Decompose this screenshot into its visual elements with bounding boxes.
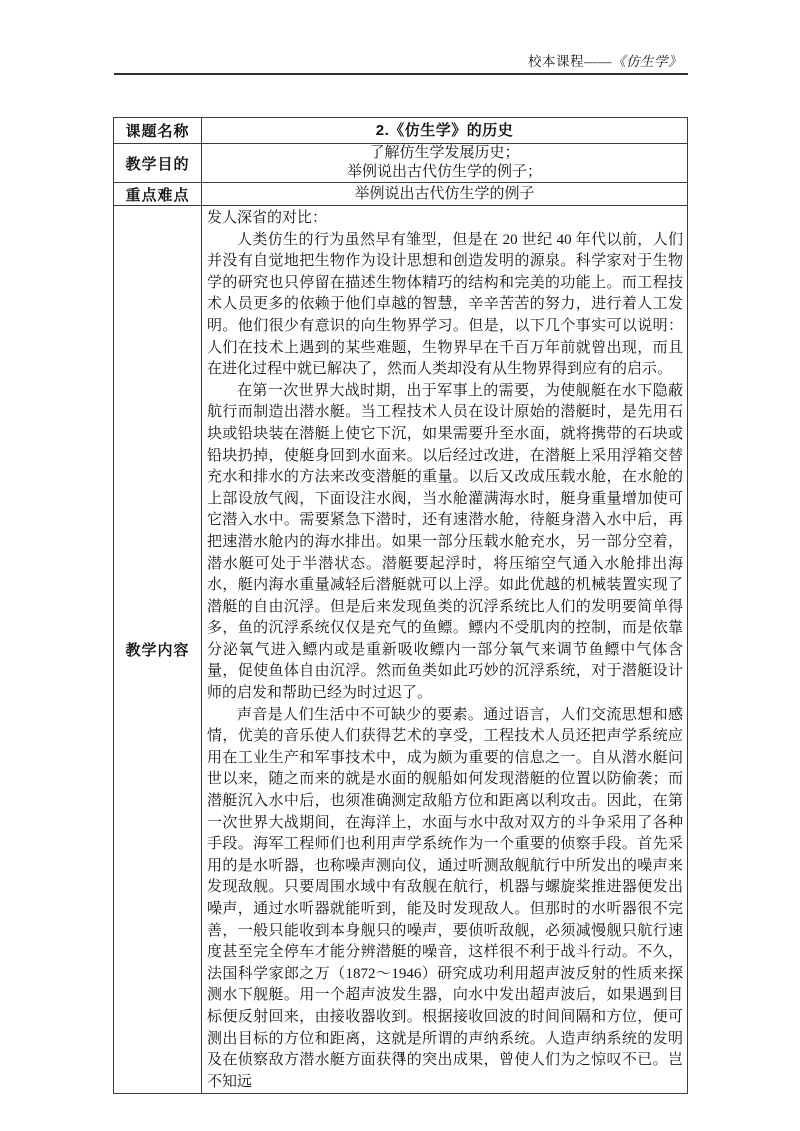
document-page: 校本课程——《仿生学》 课题名称 2.《仿生学》的历史 教学目的 了解仿生学发展…	[0, 0, 800, 1131]
objective-line: 了解仿生学发展历史；	[202, 144, 687, 163]
header-book-title: 《仿生学》	[612, 54, 682, 69]
content-paragraph: 人类仿生的行为虽然早有雏型，但是在 20 世纪 40 年代以前，人们并没有自觉地…	[207, 230, 683, 381]
topic-title: 2.《仿生学》的历史	[202, 118, 688, 144]
content-body: 发人深省的对比： 人类仿生的行为虽然早有雏型，但是在 20 世纪 40 年代以前…	[202, 206, 688, 1094]
lesson-plan-table: 课题名称 2.《仿生学》的历史 教学目的 了解仿生学发展历史； 举例说出古代仿生…	[113, 117, 688, 1094]
difficulties-label: 重点难点	[114, 183, 202, 206]
table-row-difficulties: 重点难点 举例说出古代仿生学的例子	[114, 183, 688, 206]
table-row-topic: 课题名称 2.《仿生学》的历史	[114, 118, 688, 144]
content-paragraph: 发人深省的对比：	[207, 208, 683, 230]
objective-line: 举例说出古代仿生学的例子；	[202, 163, 687, 182]
objectives-content: 了解仿生学发展历史； 举例说出古代仿生学的例子；	[202, 144, 688, 183]
objectives-label: 教学目的	[114, 144, 202, 183]
difficulties-content: 举例说出古代仿生学的例子	[202, 183, 688, 206]
header-course-name: 校本课程——	[528, 54, 612, 69]
page-number: 3	[0, 1050, 800, 1066]
table-row-content: 教学内容 发人深省的对比： 人类仿生的行为虽然早有雏型，但是在 20 世纪 40…	[114, 206, 688, 1094]
topic-label: 课题名称	[114, 118, 202, 144]
table-row-objectives: 教学目的 了解仿生学发展历史； 举例说出古代仿生学的例子；	[114, 144, 688, 183]
content-paragraph: 在第一次世界大战时期，出于军事上的需要，为使舰艇在水下隐蔽航行而制造出潜水艇。当…	[207, 381, 683, 705]
page-header: 校本课程——《仿生学》	[114, 50, 688, 75]
content-label: 教学内容	[114, 206, 202, 1094]
content-paragraph: 声音是人们生活中不可缺少的要素。通过语言，人们交流思想和感情，优美的音乐使人们获…	[207, 705, 683, 1094]
